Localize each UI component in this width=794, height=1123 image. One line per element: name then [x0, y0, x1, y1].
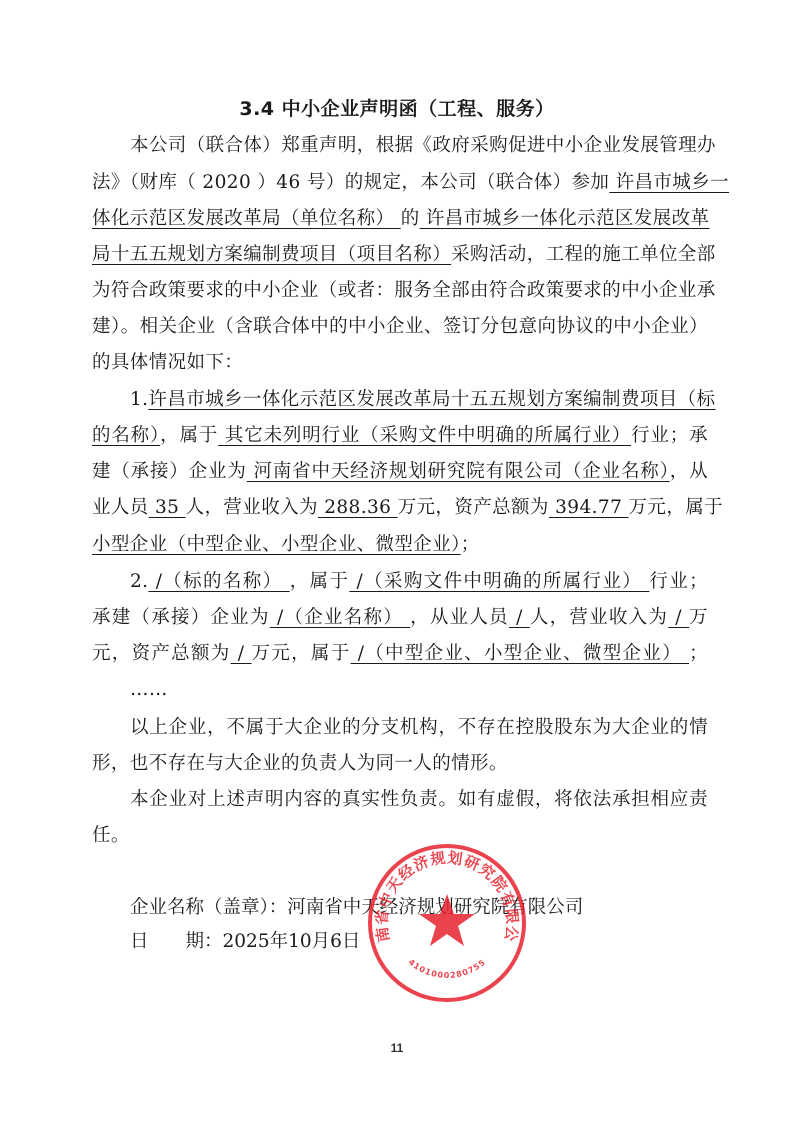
assets-field: 394.77	[549, 497, 629, 518]
assets-field: /	[231, 643, 252, 664]
para1-line3: 体化示范区发展改革局（单位名称） 的 许昌市城乡一体化示范区发展改革	[92, 206, 708, 232]
text: 万元，资产总额为	[398, 497, 549, 518]
industry-field: /（采购文件中明确的所属行业）	[349, 571, 649, 592]
item2-line3: 元，资产总额为 / 万元，属于 /（中型企业、小型企业、微型企业） ；	[92, 641, 708, 667]
text: 采购活动，工程的施工单位全部	[451, 244, 716, 265]
text: 人，营业收入为	[530, 607, 668, 628]
text: 元，资产总额为	[92, 643, 231, 664]
para1-line4: 局十五五规划方案编制费项目（项目名称）采购活动，工程的施工单位全部	[92, 242, 708, 268]
text: 业人员	[92, 497, 149, 518]
company-seal-icon: 河南省中天经济规划研究院有限公司 4101000280755	[366, 842, 528, 1004]
para2-line2: 形，也不存在与大企业的负责人为同一人的情形。	[92, 751, 708, 777]
text: 承建（承接）企业为	[92, 607, 270, 628]
employees-field: /	[509, 607, 530, 628]
enterprise-size-field: 小型企业（中型企业、小型企业、微型企业）	[92, 534, 461, 555]
text: 万	[689, 607, 708, 628]
unit-name-field: 许昌市城乡一	[609, 172, 729, 193]
text: ，属于	[290, 571, 350, 592]
text: 的	[401, 208, 420, 229]
para1-line1: 本公司（联合体）郑重声明，根据《政府采购促进中小企业发展管理办	[92, 133, 708, 159]
employees-field: 35	[149, 497, 186, 518]
project-name-field: 局十五五规划方案编制费项目（项目名称）	[92, 244, 451, 265]
revenue-field: /	[668, 607, 689, 628]
date-line: 日 期：2025年10月6日	[130, 929, 360, 955]
text: 行业；	[649, 571, 708, 592]
text: ，从	[670, 461, 708, 482]
date-value: 2025年10月6日	[223, 931, 361, 952]
para1-line7: 的具体情况如下：	[92, 350, 708, 376]
page-title: 3.4 中小企业声明函（工程、服务）	[0, 94, 794, 121]
para1-line2: 法》（财库（ 2020 ）46 号）的规定，本公司（联合体）参加 许昌市城乡一	[92, 170, 708, 196]
company-label: 企业名称（盖章）：	[130, 897, 287, 918]
text: ，从业人员	[410, 607, 509, 628]
text: ；	[461, 534, 480, 555]
text: ；	[689, 643, 708, 664]
subject-name-field: /（标的名称）	[148, 571, 289, 592]
svg-text:4101000280755: 4101000280755	[407, 957, 488, 980]
unit-name-field: 体化示范区发展改革局（单位名称）	[92, 208, 401, 229]
text: 行业；承	[631, 425, 708, 446]
item1-line4: 业人员 35 人，营业收入为 288.36 万元，资产总额为 394.77 万元…	[92, 495, 708, 521]
date-label: 日 期：	[130, 931, 223, 952]
enterprise-name-field: 河南省中天经济规划研究院有限公司（企业名称）	[247, 461, 670, 482]
text: 万元，属于	[252, 643, 351, 664]
item-number: 1.	[130, 389, 148, 410]
revenue-field: 288.36	[318, 497, 398, 518]
para1-line6: 建）。相关企业（含联合体中的中小企业、签订分包意向协议的中小企业）	[92, 314, 708, 340]
project-name-field: 许昌市城乡一体化示范区发展改革	[420, 208, 710, 229]
enterprise-size-field: /（中型企业、小型企业、微型企业）	[351, 643, 690, 664]
item2-ellipsis: ……	[92, 677, 708, 703]
para1-line5: 为符合政策要求的中小企业（或者：服务全部由符合政策要求的中小企业承	[92, 278, 708, 304]
item1-line3: 建（承接）企业为 河南省中天经济规划研究院有限公司（企业名称），从	[92, 459, 708, 485]
item-number: 2.	[130, 571, 148, 592]
industry-field: 其它未列明行业（采购文件中明确的所属行业）	[218, 425, 631, 446]
item1-line1: 1.许昌市城乡一体化示范区发展改革局十五五规划方案编制费项目（标	[92, 387, 708, 413]
para2-line1: 以上企业，不属于大企业的分支机构，不存在控股股东为大企业的情	[92, 715, 708, 741]
text: 人，营业收入为	[186, 497, 318, 518]
text: 法》（财库（ 2020 ）46 号）的规定，本公司（联合体）参加	[92, 172, 609, 193]
item2-line1: 2. /（标的名称） ，属于 /（采购文件中明确的所属行业） 行业；	[92, 569, 708, 595]
text: 万元，属于	[629, 497, 724, 518]
item1-line2: 的名称），属于 其它未列明行业（采购文件中明确的所属行业）行业；承	[92, 423, 708, 449]
item1-line5: 小型企业（中型企业、小型企业、微型企业）；	[92, 532, 708, 558]
page-number: 11	[0, 1041, 794, 1055]
text: 建（承接）企业为	[92, 461, 247, 482]
subject-name-field: 许昌市城乡一体化示范区发展改革局十五五规划方案编制费项目（标	[148, 389, 715, 410]
document-page: 3.4 中小企业声明函（工程、服务） 本公司（联合体）郑重声明，根据《政府采购促…	[0, 0, 794, 1123]
subject-name-field: 的名称）	[92, 425, 160, 446]
enterprise-name-field: /（企业名称）	[270, 607, 410, 628]
text: ，属于	[160, 425, 218, 446]
seal-code: 4101000280755	[407, 957, 488, 980]
para3-line1: 本企业对上述声明内容的真实性负责。如有虚假，将依法承担相应责	[92, 787, 708, 813]
item2-line2: 承建（承接）企业为 /（企业名称） ，从业人员 / 人，营业收入为 / 万	[92, 605, 708, 631]
